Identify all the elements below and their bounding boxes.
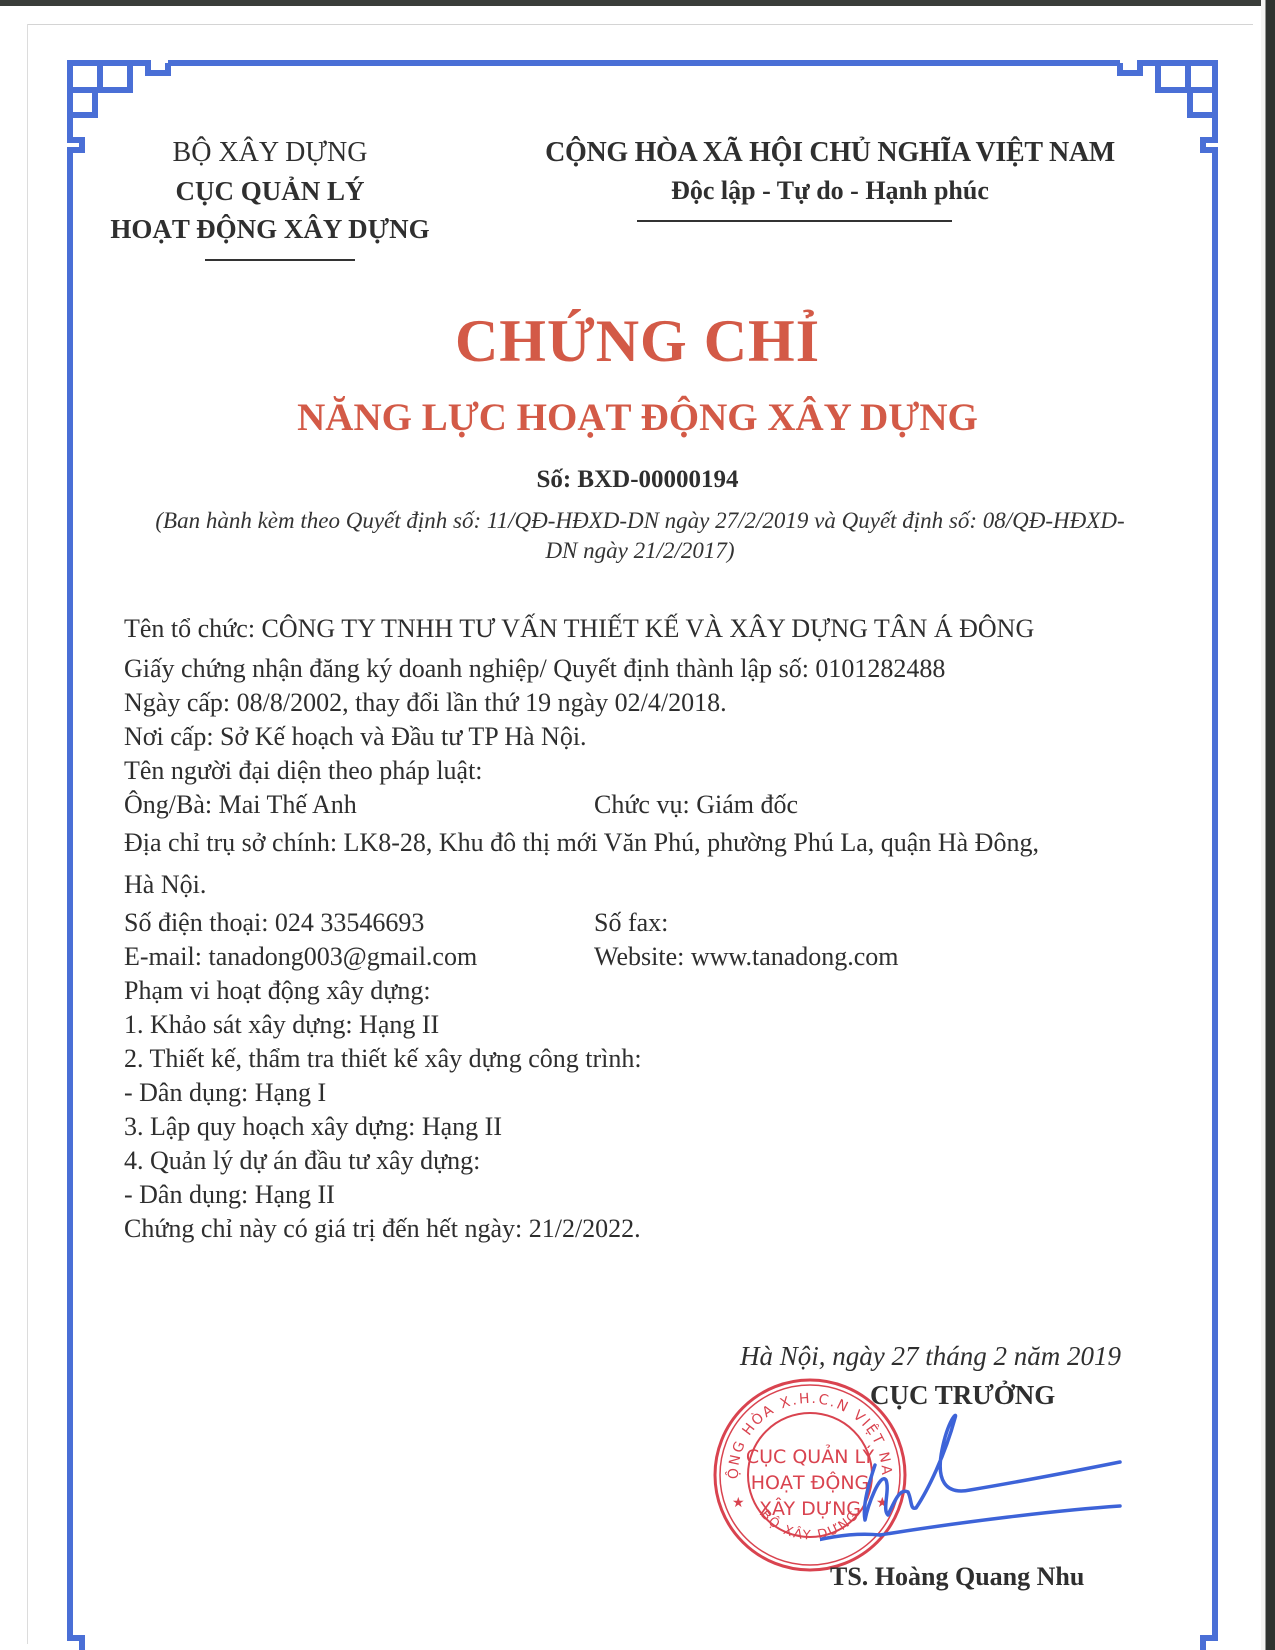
organization-name: Tên tổ chức: CÔNG TY TNHH TƯ VẤN THIẾT K… xyxy=(124,614,1034,644)
scope-item: - Dân dụng: Hạng II xyxy=(124,1180,335,1210)
national-motto: Độc lập - Tự do - Hạnh phúc xyxy=(520,172,1140,210)
scope-item: 1. Khảo sát xây dựng: Hạng II xyxy=(124,1010,439,1040)
signer-title: CỤC TRƯỞNG xyxy=(870,1380,1055,1411)
address-line2: Hà Nội. xyxy=(124,870,206,900)
registration-number: Giấy chứng nhận đăng ký doanh nghiệp/ Qu… xyxy=(124,654,945,684)
scope-item: - Dân dụng: Hạng I xyxy=(124,1078,326,1108)
certificate-title: CHỨNG CHỈ xyxy=(0,306,1275,376)
certificate-number: Số: BXD-00000194 xyxy=(0,466,1275,494)
phone-number: Số điện thoại: 024 33546693 xyxy=(124,908,424,938)
legal-representative-label: Tên người đại diện theo pháp luật: xyxy=(124,756,483,786)
issuing-authority: BỘ XÂY DỰNG CỤC QUẢN LÝ HOẠT ĐỘNG XÂY DỰ… xyxy=(100,134,440,248)
national-header: CỘNG HÒA XÃ HỘI CHỦ NGHĨA VIỆT NAM Độc l… xyxy=(520,134,1140,210)
scope-label: Phạm vi hoạt động xây dựng: xyxy=(124,976,431,1006)
website: Website: www.tanadong.com xyxy=(594,942,899,972)
issued-note-line2: DN ngày 21/2/2017) xyxy=(90,536,1190,566)
department-name-line2: HOẠT ĐỘNG XÂY DỰNG xyxy=(100,210,440,248)
email: E-mail: tanadong003@gmail.com xyxy=(124,942,477,972)
handwritten-signature xyxy=(820,1410,1180,1550)
scope-item: 3. Lập quy hoạch xây dựng: Hạng II xyxy=(124,1112,502,1142)
representative-name: Ông/Bà: Mai Thế Anh xyxy=(124,790,357,820)
seal-star-icon: ★ xyxy=(732,1495,745,1511)
department-name-line1: CỤC QUẢN LÝ xyxy=(100,172,440,210)
scope-item: 2. Thiết kế, thẩm tra thiết kế xây dựng … xyxy=(124,1044,642,1074)
representative-position: Chức vụ: Giám đốc xyxy=(594,790,798,820)
nation-name: CỘNG HÒA XÃ HỘI CHỦ NGHĨA VIỆT NAM xyxy=(520,134,1140,172)
issue-place: Nơi cấp: Sở Kế hoạch và Đầu tư TP Hà Nội… xyxy=(124,722,587,752)
issued-note-line1: (Ban hành kèm theo Quyết định số: 11/QĐ-… xyxy=(90,506,1190,536)
issue-date: Ngày cấp: 08/8/2002, thay đổi lần thứ 19… xyxy=(124,688,727,718)
validity-date: Chứng chỉ này có giá trị đến hết ngày: 2… xyxy=(124,1214,641,1244)
certificate-subtitle: NĂNG LỰC HOẠT ĐỘNG XÂY DỰNG xyxy=(0,394,1275,442)
place-and-date: Hà Nội, ngày 27 tháng 2 năm 2019 xyxy=(740,1341,1121,1372)
header-left-underline xyxy=(205,259,355,261)
ministry-name: BỘ XÂY DỰNG xyxy=(100,134,440,172)
header-right-underline xyxy=(637,220,952,222)
scope-item: 4. Quản lý dự án đầu tư xây dựng: xyxy=(124,1146,480,1176)
address-line1: Địa chỉ trụ sở chính: LK8-28, Khu đô thị… xyxy=(124,828,1039,858)
signer-name: TS. Hoàng Quang Nhu xyxy=(830,1562,1084,1592)
issued-note: (Ban hành kèm theo Quyết định số: 11/QĐ-… xyxy=(90,506,1190,566)
fax-number: Số fax: xyxy=(594,908,668,938)
